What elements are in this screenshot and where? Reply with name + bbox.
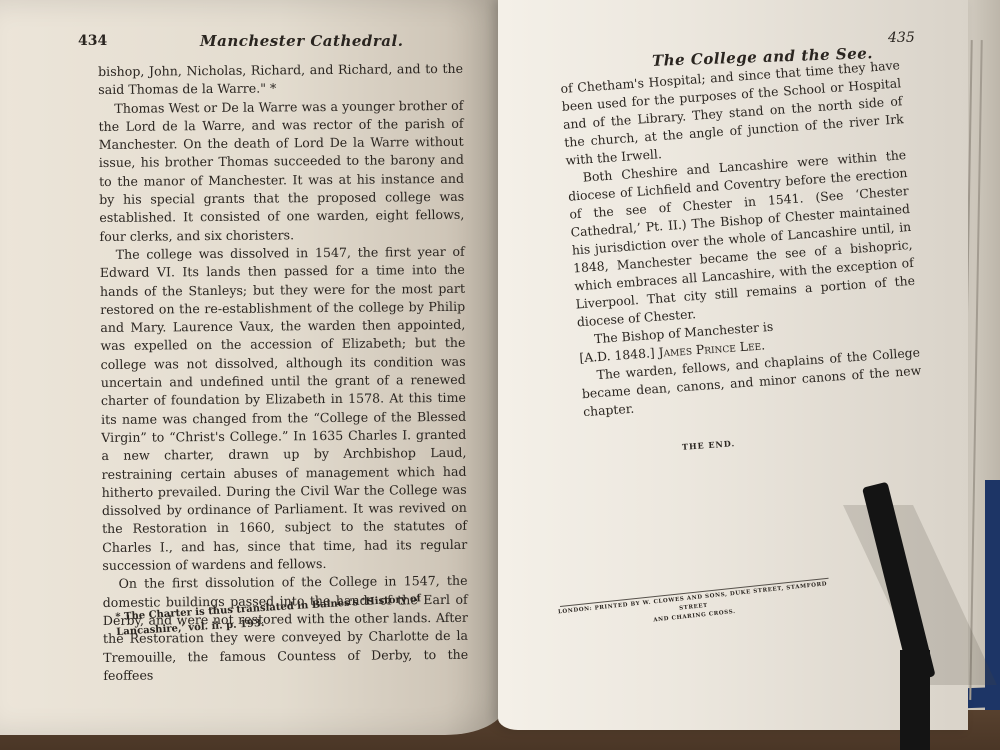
page-number-left: 434 xyxy=(78,33,107,49)
paragraph: The college was dissolved in 1547, the f… xyxy=(100,243,468,576)
right-body-text: of Chetham's Hospital; and since that ti… xyxy=(560,56,923,421)
book-stand-base xyxy=(900,650,930,750)
left-page: 434 Manchester Cathedral. bishop, John, … xyxy=(0,0,505,735)
paragraph: Thomas West or De la Warre was a younger… xyxy=(98,96,464,246)
running-head-left: Manchester Cathedral. xyxy=(200,32,403,50)
page-number-right: 435 xyxy=(888,30,915,46)
paragraph: Both Cheshire and Lancashire were within… xyxy=(566,146,916,331)
paragraph: bishop, John, Nicholas, Richard, and Ric… xyxy=(98,60,463,100)
